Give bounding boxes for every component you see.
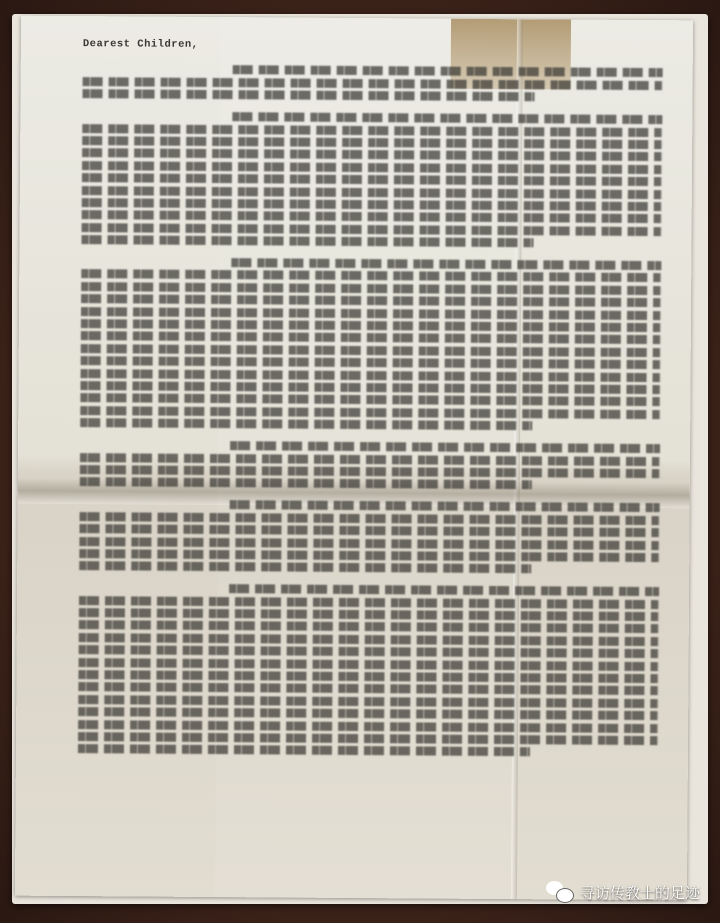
text-line — [82, 148, 662, 161]
text-line — [80, 465, 660, 478]
paragraphs — [78, 65, 663, 758]
text-line — [81, 270, 661, 283]
text-line — [82, 186, 662, 199]
text-line — [78, 707, 658, 720]
text-line — [80, 477, 532, 489]
text-line — [229, 584, 659, 596]
text-line — [82, 124, 662, 137]
text-line — [78, 683, 658, 696]
wechat-icon — [546, 881, 574, 903]
text-line — [80, 453, 660, 466]
text-line — [81, 344, 661, 357]
text-line — [82, 223, 662, 236]
text-line — [230, 500, 660, 512]
text-line — [81, 319, 661, 332]
text-line — [79, 645, 659, 658]
text-line — [79, 633, 659, 646]
text-line — [82, 210, 662, 223]
text-line — [79, 537, 659, 550]
text-line — [83, 77, 663, 90]
text-line — [82, 198, 662, 211]
text-line — [78, 744, 530, 756]
text-line — [79, 608, 659, 621]
text-line — [79, 596, 659, 609]
text-line — [81, 235, 533, 247]
text-line — [78, 695, 658, 708]
text-line — [231, 258, 661, 270]
text-line — [82, 136, 662, 149]
text-line — [81, 369, 661, 382]
text-line — [79, 549, 659, 562]
margin-handwriting — [33, 166, 58, 286]
paragraph — [80, 440, 660, 490]
letter-body: Dearest Children, — [78, 38, 663, 770]
paragraph — [78, 583, 659, 757]
watermark-text: 寻访传教士的足迹 — [580, 882, 700, 903]
text-line — [233, 66, 663, 78]
text-line — [81, 282, 661, 295]
text-line — [83, 89, 535, 101]
text-line — [230, 441, 660, 453]
paragraph — [79, 499, 659, 574]
salutation: Dearest Children, — [83, 38, 663, 54]
letter-page: Dearest Children, — [15, 16, 693, 901]
text-line — [78, 670, 658, 683]
text-line — [232, 112, 662, 124]
text-line — [78, 732, 658, 745]
text-line — [78, 720, 658, 733]
text-line — [81, 332, 661, 345]
text-line — [80, 406, 660, 419]
text-line — [81, 307, 661, 320]
watermark: 寻访传教士的足迹 — [546, 881, 700, 903]
text-line — [81, 356, 661, 369]
paragraph — [81, 111, 662, 248]
text-line — [79, 658, 659, 671]
text-line — [79, 621, 659, 634]
text-line — [80, 418, 532, 430]
text-line — [82, 161, 662, 174]
text-line — [80, 381, 660, 394]
text-line — [80, 393, 660, 406]
text-line — [79, 561, 531, 573]
paragraph — [83, 65, 663, 103]
text-line — [81, 294, 661, 307]
text-line — [82, 173, 662, 186]
text-line — [80, 512, 660, 525]
paragraph — [80, 257, 661, 431]
text-line — [79, 524, 659, 537]
